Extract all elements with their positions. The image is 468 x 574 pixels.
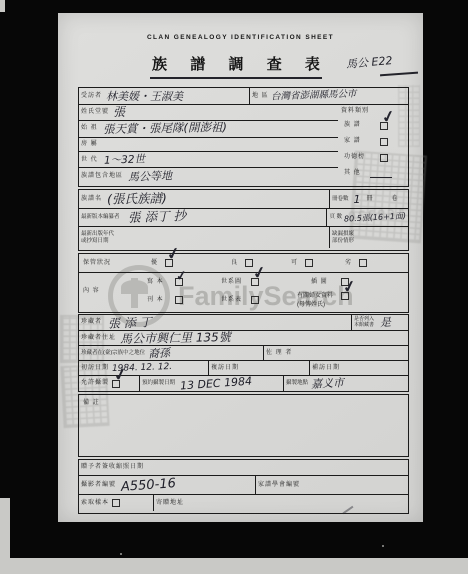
genealogy-form-paper: CLAN GENEALOGY IDENTIFICATION SHEET 族 譜 … <box>58 13 423 522</box>
material-category-label: 資料類別 <box>341 108 369 115</box>
field-filming-place: 攝製地點 嘉义市 <box>283 376 408 391</box>
keep-option-label: 劣 <box>345 260 352 267</box>
category-option-checkbox-jiapu: ✓ <box>380 138 388 146</box>
content-option-label: 寫 本 <box>147 279 164 286</box>
scanner-edge-bottom <box>0 558 468 574</box>
field-compiler: 最新版本編纂者 張 添丁 抄 <box>79 209 326 226</box>
field-damage: 缺漏損壞 部份情形 <box>329 227 408 248</box>
section-book-info: 族譜名 (張氏族譜) 冊卷數 1 冊 卷 最新版本編纂者 張 添丁 抄 頁 數 … <box>78 189 409 251</box>
first-visit-label: 初訪日期 <box>81 365 109 372</box>
content-checkbox-printed: ✓ <box>175 296 183 304</box>
interviewee-value: 林美媛・王淑美 <box>106 91 183 102</box>
field-contents: 內 容 寫 本 ✓ 世系圖 ✓ 插 圖 ✓ 刊 本 ✓ 世系表 ✓ 有關婦女資料… <box>79 273 408 310</box>
genealogy-title-label: 族譜名 <box>81 196 102 203</box>
category-option-label: 其 他 <box>344 170 361 177</box>
clan-position-label: 珍藏者在(臺)宗族中之地位 <box>81 350 145 356</box>
field-mailing-address: 寄贈地址 <box>153 495 408 511</box>
filming-date-label: 預約攝製日期 <box>142 380 175 386</box>
genealogy-title-value: (張氏族譜) <box>107 192 167 206</box>
damage-label-line2: 部份情形 <box>332 238 354 244</box>
field-camera-operator-number: 攝影者編號 A550-16 <box>79 476 255 494</box>
donor-receipt-label: 贈予者簽收縮照日期 <box>81 464 144 471</box>
camera-operator-number-label: 攝影者編號 <box>81 482 116 489</box>
dust-speck <box>382 545 384 547</box>
founder-value: 張天賞・張尾隊(開澎祖) <box>103 122 227 136</box>
content-option-label: 刊 本 <box>147 297 164 304</box>
assistant-label: 佐 理 者 <box>266 350 292 357</box>
field-collector-name: 珍藏者 張 添 丁 <box>79 315 351 330</box>
content-option-sublabel: (母傳姓氏) <box>297 302 325 309</box>
second-visit-label: 複訪日期 <box>211 365 239 372</box>
filming-place-label: 攝製地點 <box>286 380 308 386</box>
category-option-checkbox-gongdebang: ✓ <box>380 154 388 162</box>
section-basic-info: 受訪者 林美媛・王淑美 地 區 台灣省澎湖縣馬公市 姓氏堂號 張 <box>78 87 409 187</box>
field-clan-position: 珍藏者在(臺)宗族中之地位 裔孫 <box>79 346 263 360</box>
category-option-label: 族 譜 <box>344 122 361 129</box>
generations-label: 世 代 <box>81 157 98 164</box>
collector-address-value: 馬公市興仁里 135號 <box>120 331 231 345</box>
keep-option-label: 良 <box>231 260 238 267</box>
volume-unit-label: 冊 <box>367 196 374 203</box>
collector-name-label: 珍藏者 <box>81 319 102 326</box>
filming-permission-checkbox: ✓ <box>112 380 120 388</box>
field-material-category: 資料類別 族 譜 ✓ 家 譜 ✓ 功德榜 ✓ 其 他 <box>338 105 408 185</box>
scanner-edge-left <box>0 498 10 574</box>
form-title-english: CLAN GENEALOGY IDENTIFICATION SHEET <box>58 34 423 41</box>
scanned-page-background: CLAN GENEALOGY IDENTIFICATION SHEET 族 譜 … <box>0 0 468 574</box>
field-third-visit: 補訪日期 <box>309 361 408 375</box>
field-in-library: 是否列入 本館藏書 是 <box>351 315 408 330</box>
field-first-visit: 初訪日期 1984. 12. 12. <box>79 361 208 375</box>
checkmark-icon: ✓ <box>380 109 396 127</box>
section-notes: 備 註 <box>78 394 409 457</box>
section-collector: 珍藏者 張 添 丁 是否列入 本館藏書 是 珍藏者住址 馬公市興仁里 135號 <box>78 314 409 392</box>
keep-option-label: 可 <box>291 260 298 267</box>
field-keeping-condition: 保管狀況 優 ✓ 良 ✓ 可 ✓ 劣 ✓ <box>79 254 408 272</box>
category-option-label: 功德榜 <box>344 154 365 161</box>
interviewee-label: 受訪者 <box>81 93 102 100</box>
request-sample-label: 索取樣本 <box>81 500 109 507</box>
in-library-label-line2: 本館藏書 <box>354 323 374 329</box>
field-collector-address: 珍藏者住址 馬公市興仁里 135號 <box>79 331 408 345</box>
notes-label: 備 註 <box>83 400 100 407</box>
volumes-label: 冊卷數 <box>332 196 349 202</box>
field-interviewee: 受訪者 林美媛・王淑美 <box>79 88 249 104</box>
field-region: 地 區 台灣省澎湖縣馬公市 <box>249 88 408 104</box>
filming-permission-label: 允許攝製 <box>81 380 109 387</box>
founder-label: 始 祖 <box>81 125 98 132</box>
title-underline <box>150 77 322 79</box>
collector-address-label: 珍藏者住址 <box>81 335 116 342</box>
content-checkbox-manuscript: ✓ <box>175 278 183 286</box>
clan-position-value: 裔孫 <box>148 347 171 359</box>
keep-option-label: 優 <box>151 260 158 267</box>
field-founder: 始 祖 張天賞・張尾隊(開澎祖) <box>79 121 338 137</box>
field-generations: 世 代 1〜32世 <box>79 152 338 167</box>
field-request-sample: 索取樣本 ✓ <box>79 495 153 511</box>
field-society-number: 家譜學會編號 <box>255 476 408 494</box>
field-coverage: 族譜包含地區 馬公等地 <box>79 168 338 185</box>
other-option-underline <box>370 177 392 178</box>
third-visit-label: 補訪日期 <box>312 365 340 372</box>
dust-speck <box>120 553 122 555</box>
region-value: 台灣省澎湖縣馬公市 <box>271 90 357 102</box>
volumes-value: 1 <box>354 194 361 205</box>
content-checkbox-lineage-chart: ✓ <box>251 278 259 286</box>
keeping-condition-label: 保管狀況 <box>83 260 111 267</box>
content-option-label: 世系圖 <box>221 279 242 286</box>
publication-year-label-line2: 或抄寫日期 <box>81 238 109 244</box>
collector-name-value: 張 添 丁 <box>108 316 152 330</box>
field-surname-hall: 姓氏堂號 張 <box>79 105 338 120</box>
keep-checkbox-excellent: ✓ <box>165 259 173 267</box>
generations-value: 1〜32世 <box>104 154 145 166</box>
filming-place-value: 嘉义市 <box>311 377 345 390</box>
checkmark-icon: ✓ <box>341 279 357 297</box>
request-sample-checkbox: ✓ <box>112 499 120 507</box>
field-assistant: 佐 理 者 <box>263 346 408 360</box>
coverage-label: 族譜包含地區 <box>81 173 123 180</box>
category-option-label: 家 譜 <box>344 138 361 145</box>
field-pages: 頁 數 80.5張(16+1面) <box>326 209 408 226</box>
keep-checkbox-poor: ✓ <box>359 259 367 267</box>
keep-checkbox-fair: ✓ <box>305 259 313 267</box>
content-option-label: 有關婦女資料 <box>297 293 333 300</box>
filming-date-value: 13 DEC 1984 <box>180 375 253 391</box>
society-number-label: 家譜學會編號 <box>258 482 300 489</box>
in-library-value: 是 <box>380 317 392 329</box>
branch-label: 房 屬 <box>81 141 98 148</box>
scroll-unit-label: 卷 <box>392 196 399 203</box>
surname-hall-value: 張 <box>113 106 125 118</box>
field-filming-permission: 允許攝製 ✓ <box>79 376 139 391</box>
coverage-value: 馬公等地 <box>128 170 172 183</box>
content-option-label: 世系表 <box>221 297 242 304</box>
category-option-checkbox-zupu: ✓ <box>380 122 388 130</box>
mailing-address-label: 寄贈地址 <box>156 500 184 507</box>
scanner-edge-corner <box>0 0 5 12</box>
field-branch: 房 屬 <box>79 138 338 152</box>
checkmark-icon: ✓ <box>175 268 188 282</box>
compiler-value: 張 添丁 抄 <box>127 210 185 225</box>
field-donor-receipt: 贈予者簽收縮照日期 <box>79 460 408 475</box>
field-volumes: 冊卷數 1 冊 卷 <box>329 190 408 208</box>
contents-label: 內 容 <box>83 288 100 295</box>
pages-value: 80.5張(16+1面) <box>344 212 406 223</box>
region-label: 地 區 <box>252 93 269 100</box>
content-checkbox-women-data: ✓ <box>341 292 349 300</box>
field-genealogy-title: 族譜名 (張氏族譜) <box>79 190 329 208</box>
field-filming-date: 預約攝製日期 13 DEC 1984 <box>139 376 283 391</box>
content-option-label: 插 圖 <box>311 279 328 286</box>
basic-left-rows: 姓氏堂號 張 始 祖 張天賞・張尾隊(開澎祖) 房 屬 <box>79 105 338 185</box>
camera-operator-number-value: A550-16 <box>121 477 177 494</box>
compiler-label: 最新版本編纂者 <box>81 214 120 220</box>
pages-label: 頁 數 <box>329 214 342 220</box>
field-second-visit: 複訪日期 <box>208 361 309 375</box>
content-checkbox-lineage-table: ✓ <box>251 296 259 304</box>
section-admin: 贈予者簽收縮照日期 攝影者編號 A550-16 家譜學會編號 索取樣本 ✓ <box>78 459 409 514</box>
surname-hall-label: 姓氏堂號 <box>81 109 109 116</box>
field-publication-year: 最新出版年代 或抄寫日期 <box>79 227 329 248</box>
section-condition: 保管狀況 優 ✓ 良 ✓ 可 ✓ 劣 ✓ 內 容 寫 本 ✓ 世系圖 ✓ <box>78 253 409 313</box>
